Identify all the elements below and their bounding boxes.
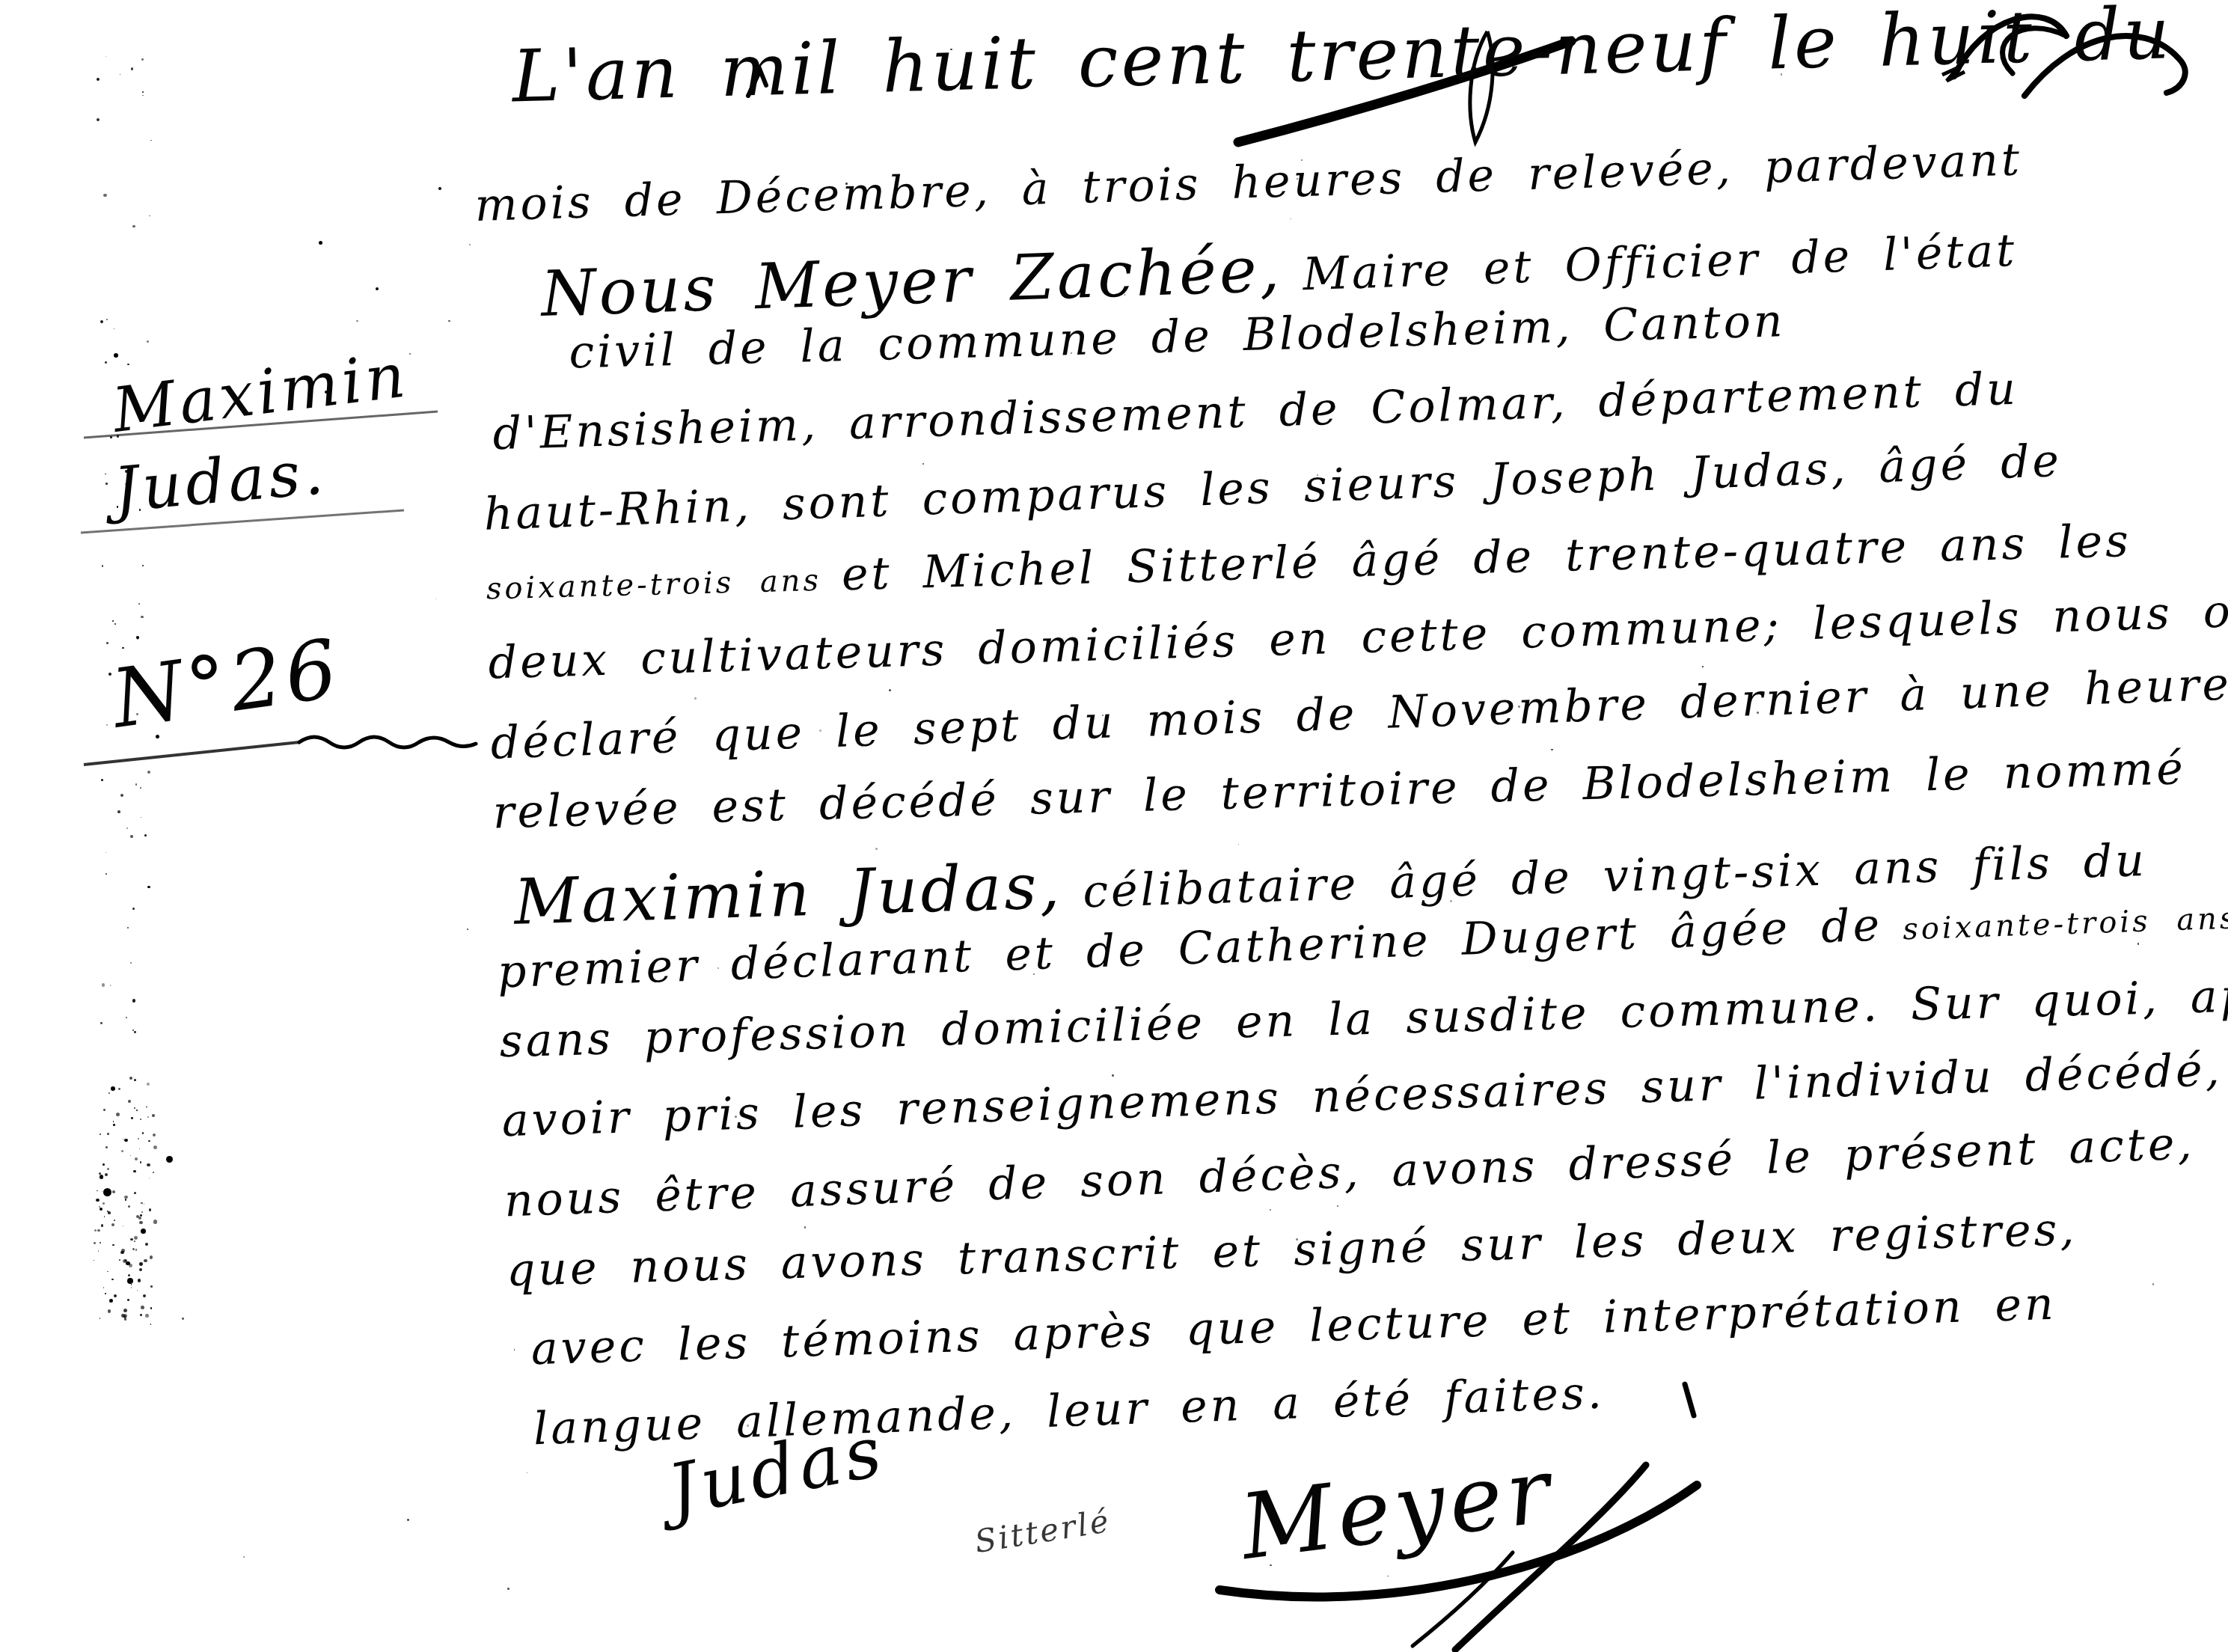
pen-squiggle xyxy=(299,737,476,747)
pen-underline xyxy=(84,742,299,765)
signature-cross-flourish xyxy=(1413,1552,1513,1646)
margin-deceased-name-line1: Maximin xyxy=(109,340,413,447)
margin-deceased-name-line2: Judas. xyxy=(111,437,329,526)
manuscript-text-segment: Maximin Judas, xyxy=(513,849,1064,939)
manuscript-text-segment: soixante-trois ans xyxy=(486,563,821,607)
manuscript-text-segment: soixante-trois ans xyxy=(1903,901,2228,946)
scanned-death-record-page: Maximin Judas. N°26 L'an mil huit cent t… xyxy=(0,0,2228,1652)
signature-meyer: Meyer xyxy=(1235,1439,1560,1580)
margin-act-number: N°26 xyxy=(107,622,346,746)
body-text: L'an mil huit cent trente-neuf le huit d… xyxy=(470,0,2228,1476)
manuscript-text-segment: Maire et Officier de l'état xyxy=(1302,224,2018,301)
signature-sitterle: Sitterlé xyxy=(972,1502,1113,1560)
manuscript-text-segment: L'an mil huit cent trente-neuf le huit d… xyxy=(511,0,2173,118)
